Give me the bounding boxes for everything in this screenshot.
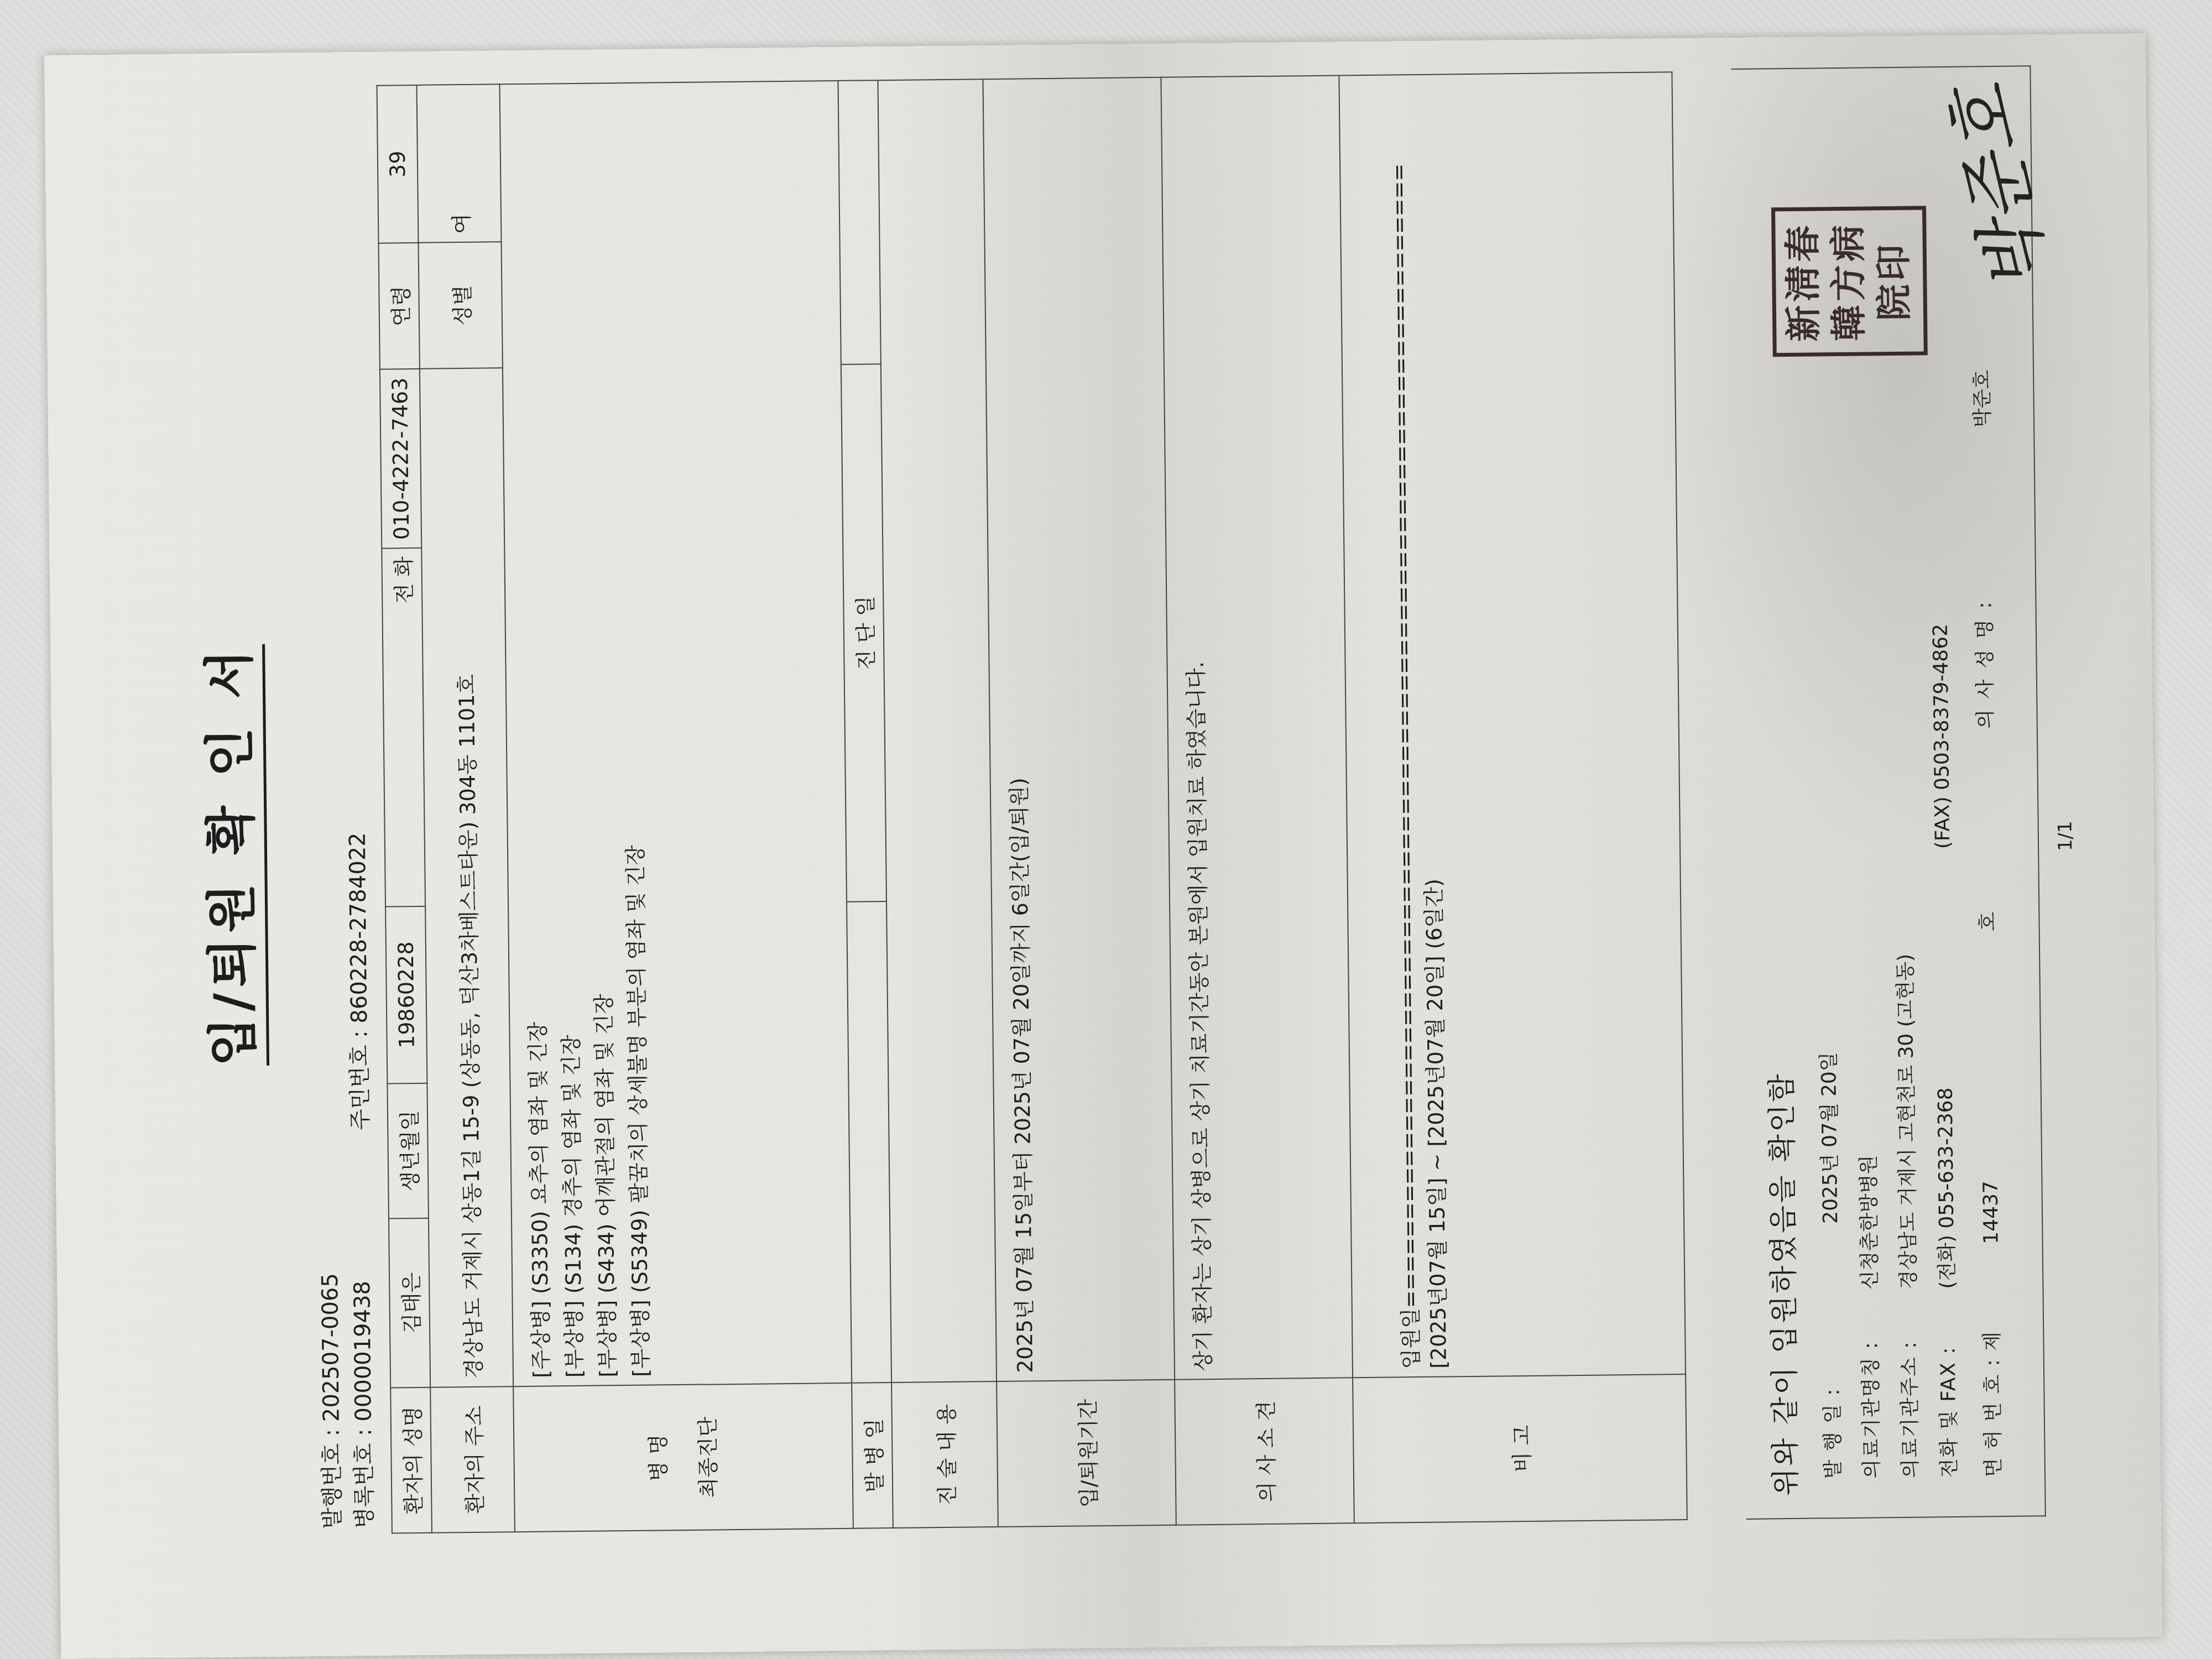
institution-name: 신청춘한방병원 <box>1858 1155 1882 1290</box>
issue-date: 2025년 07월 20일 <box>1818 1052 1842 1224</box>
diagnosis-list: [주상병] (S3350) 요추의 염좌 및 긴장 [부상병] (S134) 경… <box>500 81 852 1386</box>
treatment-content <box>878 79 997 1383</box>
document-meta: 발행번호 : 202507-0065 병록번호 : 0000019438 주민번… <box>314 1272 381 1529</box>
sex: 여 <box>417 84 502 242</box>
remarks-value: 입원일=====================================… <box>1339 72 1686 1378</box>
remarks-row: 비 고 입원일=================================… <box>1339 72 1687 1523</box>
period-row: 입/퇴원기간 2025년 07월 15일부터 2025년 07월 20일까지 6… <box>983 77 1176 1527</box>
institution-address: 경상남도 거제시 고현천로 30 (고현동) <box>1894 954 1920 1290</box>
institution-address-line: 의료기관주소 : 경상남도 거제시 고현천로 30 (고현동) <box>1890 954 1923 1478</box>
document-paper: 입/퇴원 확 인 서 발행번호 : 202507-0065 병록번호 : 000… <box>44 33 2162 1659</box>
institution-fax: (FAX) 0503-8379-4862 <box>1929 624 1954 849</box>
age-label: 연령 <box>379 243 420 369</box>
address-label: 환자의 주소 <box>430 1386 515 1532</box>
birthdate-label: 생년월일 <box>387 1083 429 1218</box>
opinion-row: 의 사 소 견 상기 환자는 상기 상병으로 상기 치료기간동안 본원에서 입원… <box>1161 75 1354 1525</box>
age: 39 <box>377 85 419 243</box>
remarks-label: 비 고 <box>1353 1374 1687 1523</box>
opinion-value: 상기 환자는 상기 상병으로 상기 치료기간동안 본원에서 입원치료 하였습니다… <box>1161 75 1353 1379</box>
hospital-seal-stamp: 新淸春韓方病院印 <box>1771 206 1928 357</box>
birthdate: 19860228 <box>385 906 427 1084</box>
diagnosis-date-label: 진 단 일 <box>841 364 886 902</box>
sex-label: 성별 <box>419 242 503 369</box>
onset-date <box>847 901 891 1383</box>
certificate-footer: 위와 같이 입원하였음을 확인함 발 행 일 : 2025년 07월 20일 의… <box>1731 65 2046 1520</box>
license-suffix: 호 <box>1976 912 1999 931</box>
phone-fax-line: 전화 및 FAX : (전화) 055-633-2368 (FAX) 0503-… <box>1925 624 1962 1478</box>
treatment-label: 진 술 내 용 <box>891 1381 998 1528</box>
resident-number: 주민번호 : 860228-2784022 <box>342 832 377 1130</box>
diagnosis-row: 병 명 최종진단 [주상병] (S3350) 요추의 염좌 및 긴장 [부상병]… <box>500 81 853 1532</box>
opinion-label: 의 사 소 견 <box>1175 1378 1354 1525</box>
issue-date-line: 발 행 일 : 2025년 07월 20일 <box>1813 1052 1846 1479</box>
doctor-name: 박준호 <box>1971 370 1994 428</box>
certificate-table: 환자의 성명 김태은 생년월일 19860228 전 화 010-4222-74… <box>377 71 1688 1533</box>
issue-number: 발행번호 : 202507-0065 <box>314 1273 349 1529</box>
treatment-row: 진 술 내 용 <box>878 79 998 1528</box>
period-label: 입/퇴원기간 <box>997 1380 1176 1527</box>
license-line: 면 허 번 호 : 제 14437 호 의 사 성 명 : 박준호 <box>1966 370 2006 1478</box>
page-number: 1/1 <box>2046 56 2085 1616</box>
confirmation-statement: 위와 같이 입원하였음을 확인함 <box>1758 1072 1804 1496</box>
diagnosis-date <box>838 80 880 364</box>
license-number: 14437 <box>1979 1181 2002 1244</box>
institution-name-line: 의료기관명칭 : 신청춘한방병원 <box>1853 1155 1885 1478</box>
patient-row-2: 환자의 주소 경상남도 거제시 상동1길 15-9 (상동동, 덕산3차베스트타… <box>417 84 515 1532</box>
phone-label: 전 화 <box>382 548 425 907</box>
address: 경상남도 거제시 상동1길 15-9 (상동동, 덕산3차베스트타운) 304동… <box>420 368 513 1387</box>
patient-name: 김태은 <box>389 1218 430 1388</box>
diagnosis-label: 병 명 최종진단 <box>513 1383 853 1532</box>
period-value: 2025년 07월 15일부터 2025년 07월 20일까지 6일간(입/퇴원… <box>983 77 1175 1381</box>
phone: 010-4222-7463 <box>380 369 421 548</box>
patient-name-label: 환자의 성명 <box>390 1387 432 1533</box>
doctor-signature: 박준호 <box>1921 76 2068 302</box>
record-number: 병록번호 : 0000019438 <box>346 1272 381 1528</box>
doctor-name-label: 의 사 성 명 : <box>1973 599 1997 728</box>
institution-phone: (전화) 055-633-2368 <box>1934 1087 1959 1289</box>
admission-discharge-certificate: 입/퇴원 확 인 서 발행번호 : 202507-0065 병록번호 : 000… <box>111 56 2095 1636</box>
onset-label: 발 병 일 <box>852 1383 893 1528</box>
page-title: 입/퇴원 확 인 서 <box>182 75 272 1635</box>
